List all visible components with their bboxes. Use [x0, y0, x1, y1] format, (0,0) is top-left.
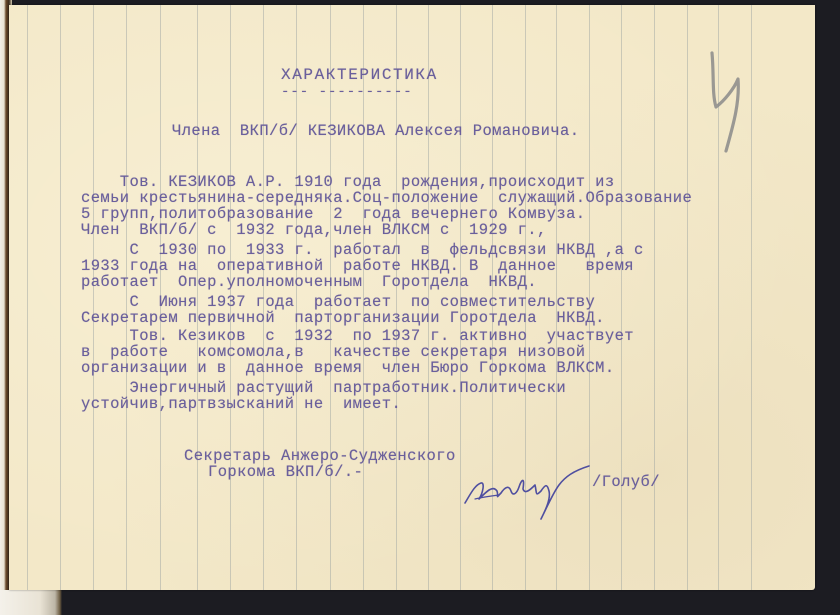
- body-line: Секретарем первичной парторганизации Гор…: [81, 311, 605, 327]
- ruling-line: [621, 5, 622, 590]
- body-line: устойчив,партвзысканий не имеет.: [81, 397, 401, 413]
- body-line: организации и в данное время член Бюро Г…: [81, 361, 615, 377]
- signatory-name: /Голуб/: [592, 475, 660, 491]
- ruling-line: [654, 5, 655, 590]
- body-line: работает Опер.уполномоченным Горотдела Н…: [81, 275, 537, 291]
- ruling-line: [60, 5, 61, 590]
- ruling-line: [687, 5, 688, 590]
- underlying-page-edge: [0, 590, 70, 615]
- handwritten-signature: [461, 463, 596, 523]
- handwritten-page-number: 4: [704, 49, 752, 154]
- archival-document-page: 4 ХАРАКТЕРИСТИКА --- ---------- Члена ВК…: [9, 5, 815, 590]
- body-line: Член ВКП/б/ с 1932 года,член ВЛКСМ с 192…: [81, 223, 547, 239]
- ruling-line: [27, 5, 28, 590]
- signature-title-line-2: Горкома ВКП/б/.-: [208, 465, 363, 481]
- document-title: ХАРАКТЕРИСТИКА: [281, 67, 438, 83]
- title-underline: --- ----------: [281, 85, 413, 99]
- document-subtitle: Члена ВКП/б/ КЕЗИКОВА Алексея Романовича…: [172, 124, 579, 140]
